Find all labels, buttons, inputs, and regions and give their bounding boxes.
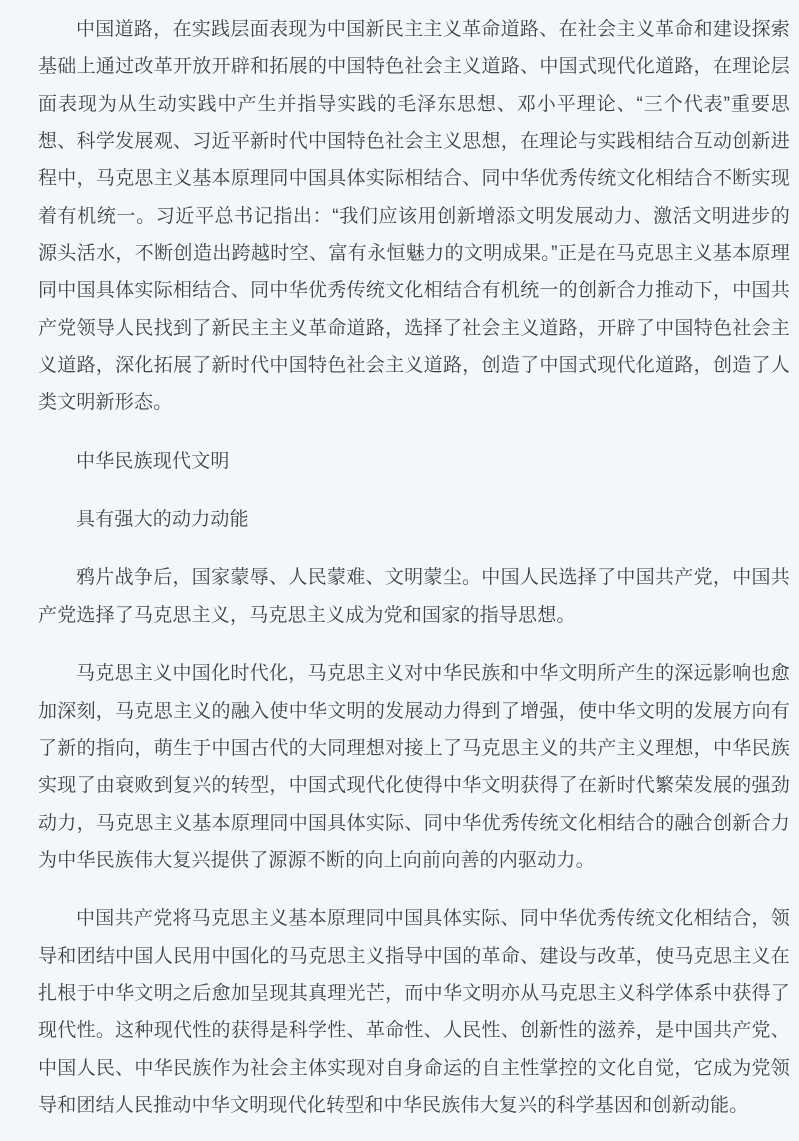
body-paragraph-3: 马克思主义中国化时代化，马克思主义对中华民族和中华文明所产生的深远影响也愈加深刻… (38, 655, 790, 879)
body-paragraph-4: 中国共产党将马克思主义基本原理同中国具体实际、同中华优秀传统文化相结合，领导和团… (38, 900, 790, 1124)
section-subheading: 具有强大的动力动能 (38, 501, 790, 538)
section-heading: 中华民族现代文明 (38, 443, 790, 480)
body-paragraph-2: 鸦片战争后，国家蒙辱、人民蒙难、文明蒙尘。中国人民选择了中国共产党，中国共产党选… (38, 559, 790, 634)
document-page: 中国道路，在实践层面表现为中国新民主主义革命道路、在社会主义革命和建设探索基础上… (0, 0, 799, 1141)
body-paragraph-1: 中国道路，在实践层面表现为中国新民主主义革命道路、在社会主义革命和建设探索基础上… (38, 11, 790, 422)
